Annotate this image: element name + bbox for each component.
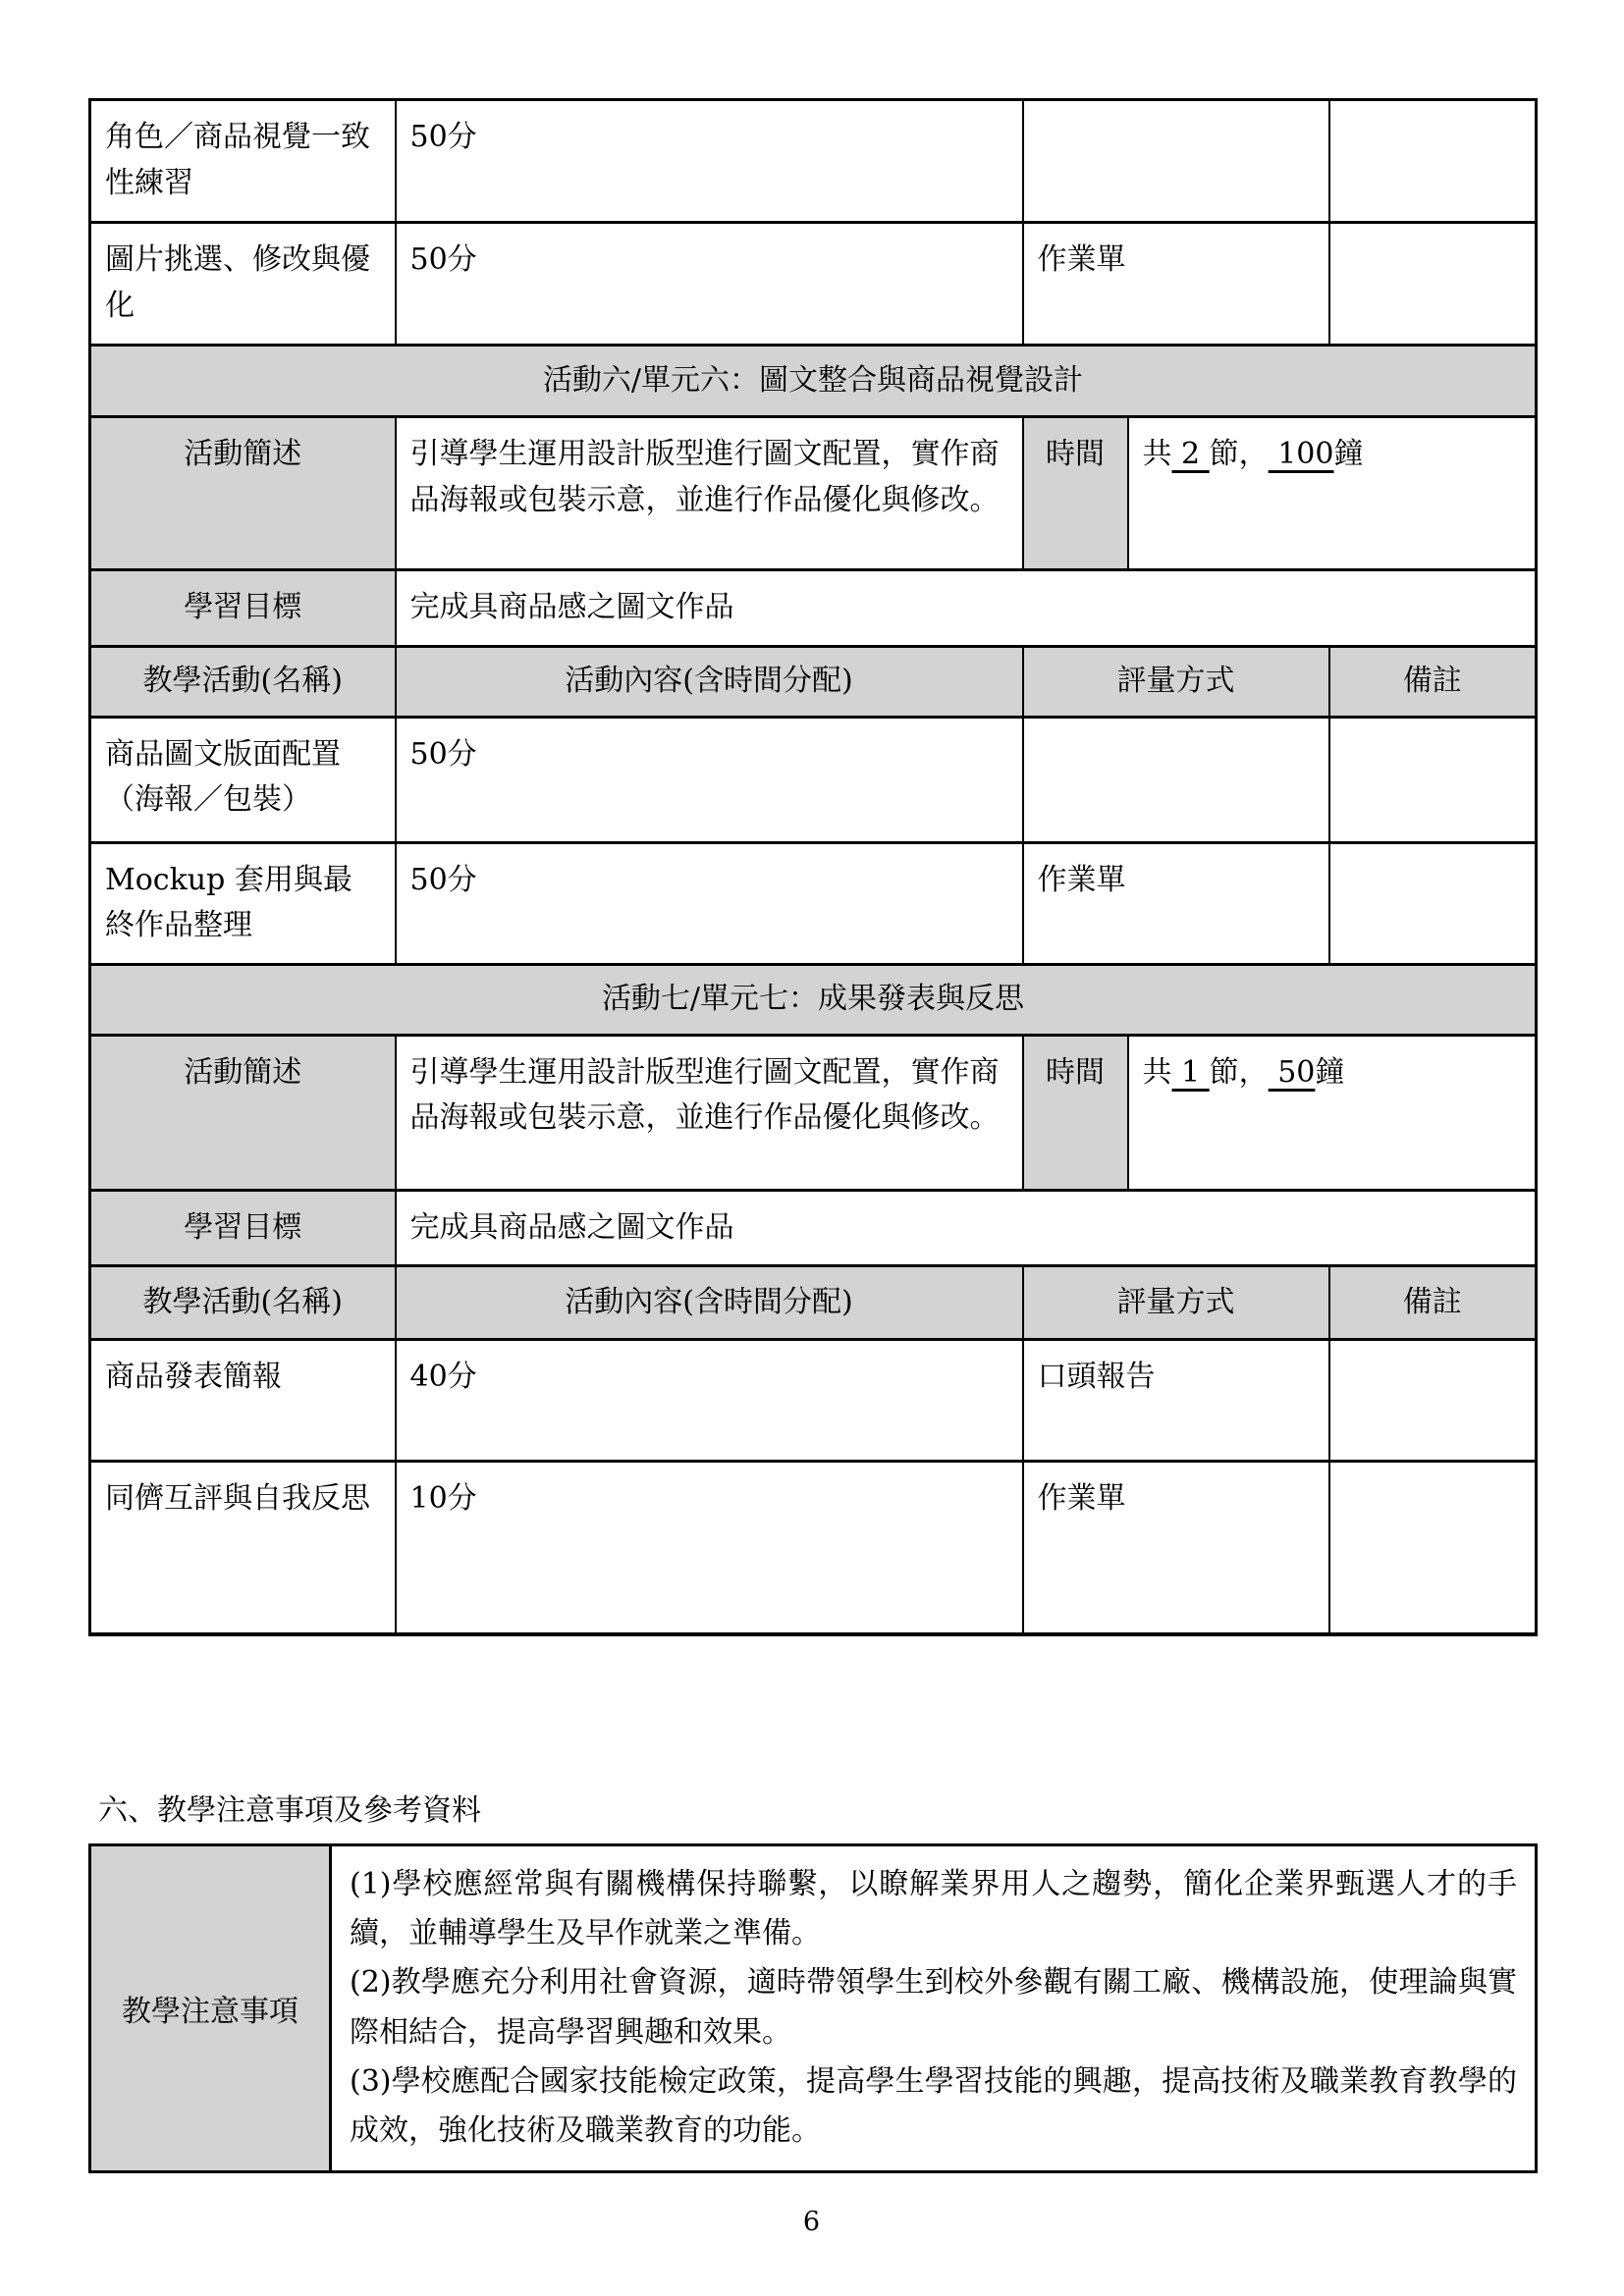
time-sessions: 1 <box>1172 1055 1210 1090</box>
cell-assessment <box>1023 100 1329 223</box>
notes-item: (1)學校應經常與有關機構保持聯繫，以瞭解業界用人之趨勢，簡化企業界甄選人才的手… <box>350 1860 1517 1959</box>
time-prefix: 共 <box>1143 437 1172 471</box>
brief-text: 引導學生運用設計版型進行圖文配置，實作商品海報或包裝示意，並進行作品優化與修改。 <box>396 1035 1023 1190</box>
cell-activity-content: 50分 <box>396 842 1023 964</box>
cell-note <box>1329 223 1537 346</box>
cell-activity-content: 40分 <box>396 1340 1023 1462</box>
time-minutes: 50 <box>1269 1055 1316 1090</box>
notes-item: (2)教學應充分利用社會資源，適時帶領學生到校外參觀有關工廠、機構設施，使理論與… <box>350 1958 1517 2057</box>
teaching-notes-table: 教學注意事項 (1)學校應經常與有關機構保持聯繫，以瞭解業界用人之趨勢，簡化企業… <box>88 1843 1538 2173</box>
cell-activity-content: 50分 <box>396 223 1023 346</box>
cell-activity-name: 同儕互評與自我反思 <box>90 1462 396 1634</box>
notes-body: (1)學校應經常與有關機構保持聯繫，以瞭解業界用人之趨勢，簡化企業界甄選人才的手… <box>331 1844 1537 2171</box>
goal-text: 完成具商品感之圖文作品 <box>396 1190 1537 1266</box>
time-label: 時間 <box>1023 1035 1128 1190</box>
unit-title: 活動七/單元七：成果發表與反思 <box>90 964 1537 1035</box>
cell-assessment: 作業單 <box>1023 223 1329 346</box>
cell-note <box>1329 717 1537 842</box>
document-page: 角色／商品視覺一致性練習 50分 圖片挑選、修改與優化 50分 作業單 活動六/… <box>88 98 1535 2237</box>
unit7-title-row: 活動七/單元七：成果發表與反思 <box>90 964 1537 1035</box>
header-activity: 教學活動(名稱) <box>90 646 396 717</box>
header-note: 備註 <box>1329 1266 1537 1340</box>
goal-label: 學習目標 <box>90 1190 396 1266</box>
cell-activity-name: 角色／商品視覺一致性練習 <box>90 100 396 223</box>
header-content: 活動內容(含時間分配) <box>396 1266 1023 1340</box>
table-row: 商品圖文版面配置（海報／包裝） 50分 <box>90 717 1537 842</box>
brief-text: 引導學生運用設計版型進行圖文配置，實作商品海報或包裝示意，並進行作品優化與修改。 <box>396 417 1023 570</box>
notes-item: (3)學校應配合國家技能檢定政策，提高學生學習技能的興趣，提高技術及職業教育教學… <box>350 2057 1517 2157</box>
unit-title: 活動六/單元六：圖文整合與商品視覺設計 <box>90 346 1537 417</box>
time-mid: 節， <box>1210 1055 1269 1090</box>
cell-activity-content: 50分 <box>396 100 1023 223</box>
header-note: 備註 <box>1329 646 1537 717</box>
time-minutes: 100 <box>1269 437 1334 471</box>
cell-note <box>1329 1340 1537 1462</box>
unit6-brief-row: 活動簡述 引導學生運用設計版型進行圖文配置，實作商品海報或包裝示意，並進行作品優… <box>90 417 1537 570</box>
cell-activity-content: 50分 <box>396 717 1023 842</box>
header-content: 活動內容(含時間分配) <box>396 646 1023 717</box>
unit7-header-row: 教學活動(名稱) 活動內容(含時間分配) 評量方式 備註 <box>90 1266 1537 1340</box>
goal-label: 學習目標 <box>90 570 396 647</box>
header-activity: 教學活動(名稱) <box>90 1266 396 1340</box>
time-suffix: 鐘 <box>1333 437 1363 471</box>
time-value: 共 1 節， 50鐘 <box>1128 1035 1537 1190</box>
notes-label: 教學注意事項 <box>90 1844 331 2171</box>
time-prefix: 共 <box>1143 1055 1172 1090</box>
table-row: 同儕互評與自我反思 10分 作業單 <box>90 1462 1537 1634</box>
cell-note <box>1329 842 1537 964</box>
brief-label: 活動簡述 <box>90 1035 396 1190</box>
table-row: 圖片挑選、修改與優化 50分 作業單 <box>90 223 1537 346</box>
goal-text: 完成具商品感之圖文作品 <box>396 570 1537 647</box>
cell-activity-content: 10分 <box>396 1462 1023 1634</box>
cell-note <box>1329 1462 1537 1634</box>
notes-row: 教學注意事項 (1)學校應經常與有關機構保持聯繫，以瞭解業界用人之趨勢，簡化企業… <box>90 1844 1537 2171</box>
unit6-goal-row: 學習目標 完成具商品感之圖文作品 <box>90 570 1537 647</box>
cell-assessment: 口頭報告 <box>1023 1340 1329 1462</box>
time-value: 共 2 節， 100鐘 <box>1128 417 1537 570</box>
unit7-goal-row: 學習目標 完成具商品感之圖文作品 <box>90 1190 1537 1266</box>
cell-assessment <box>1023 717 1329 842</box>
brief-label: 活動簡述 <box>90 417 396 570</box>
lesson-plan-table: 角色／商品視覺一致性練習 50分 圖片挑選、修改與優化 50分 作業單 活動六/… <box>88 98 1538 1636</box>
cell-assessment: 作業單 <box>1023 1462 1329 1634</box>
time-suffix: 鐘 <box>1315 1055 1344 1090</box>
table-row: 商品發表簡報 40分 口頭報告 <box>90 1340 1537 1462</box>
page-number: 6 <box>88 2207 1535 2237</box>
section-heading: 六、教學注意事項及參考資料 <box>98 1786 1535 1829</box>
unit6-header-row: 教學活動(名稱) 活動內容(含時間分配) 評量方式 備註 <box>90 646 1537 717</box>
cell-assessment: 作業單 <box>1023 842 1329 964</box>
cell-activity-name: 圖片挑選、修改與優化 <box>90 223 396 346</box>
time-label: 時間 <box>1023 417 1128 570</box>
unit7-brief-row: 活動簡述 引導學生運用設計版型進行圖文配置，實作商品海報或包裝示意，並進行作品優… <box>90 1035 1537 1190</box>
unit6-title-row: 活動六/單元六：圖文整合與商品視覺設計 <box>90 346 1537 417</box>
table-row: 角色／商品視覺一致性練習 50分 <box>90 100 1537 223</box>
cell-activity-name: Mockup 套用與最終作品整理 <box>90 842 396 964</box>
header-assessment: 評量方式 <box>1023 646 1329 717</box>
cell-activity-name: 商品發表簡報 <box>90 1340 396 1462</box>
time-sessions: 2 <box>1172 437 1210 471</box>
table-row: Mockup 套用與最終作品整理 50分 作業單 <box>90 842 1537 964</box>
cell-note <box>1329 100 1537 223</box>
header-assessment: 評量方式 <box>1023 1266 1329 1340</box>
cell-activity-name: 商品圖文版面配置（海報／包裝） <box>90 717 396 842</box>
time-mid: 節， <box>1210 437 1269 471</box>
